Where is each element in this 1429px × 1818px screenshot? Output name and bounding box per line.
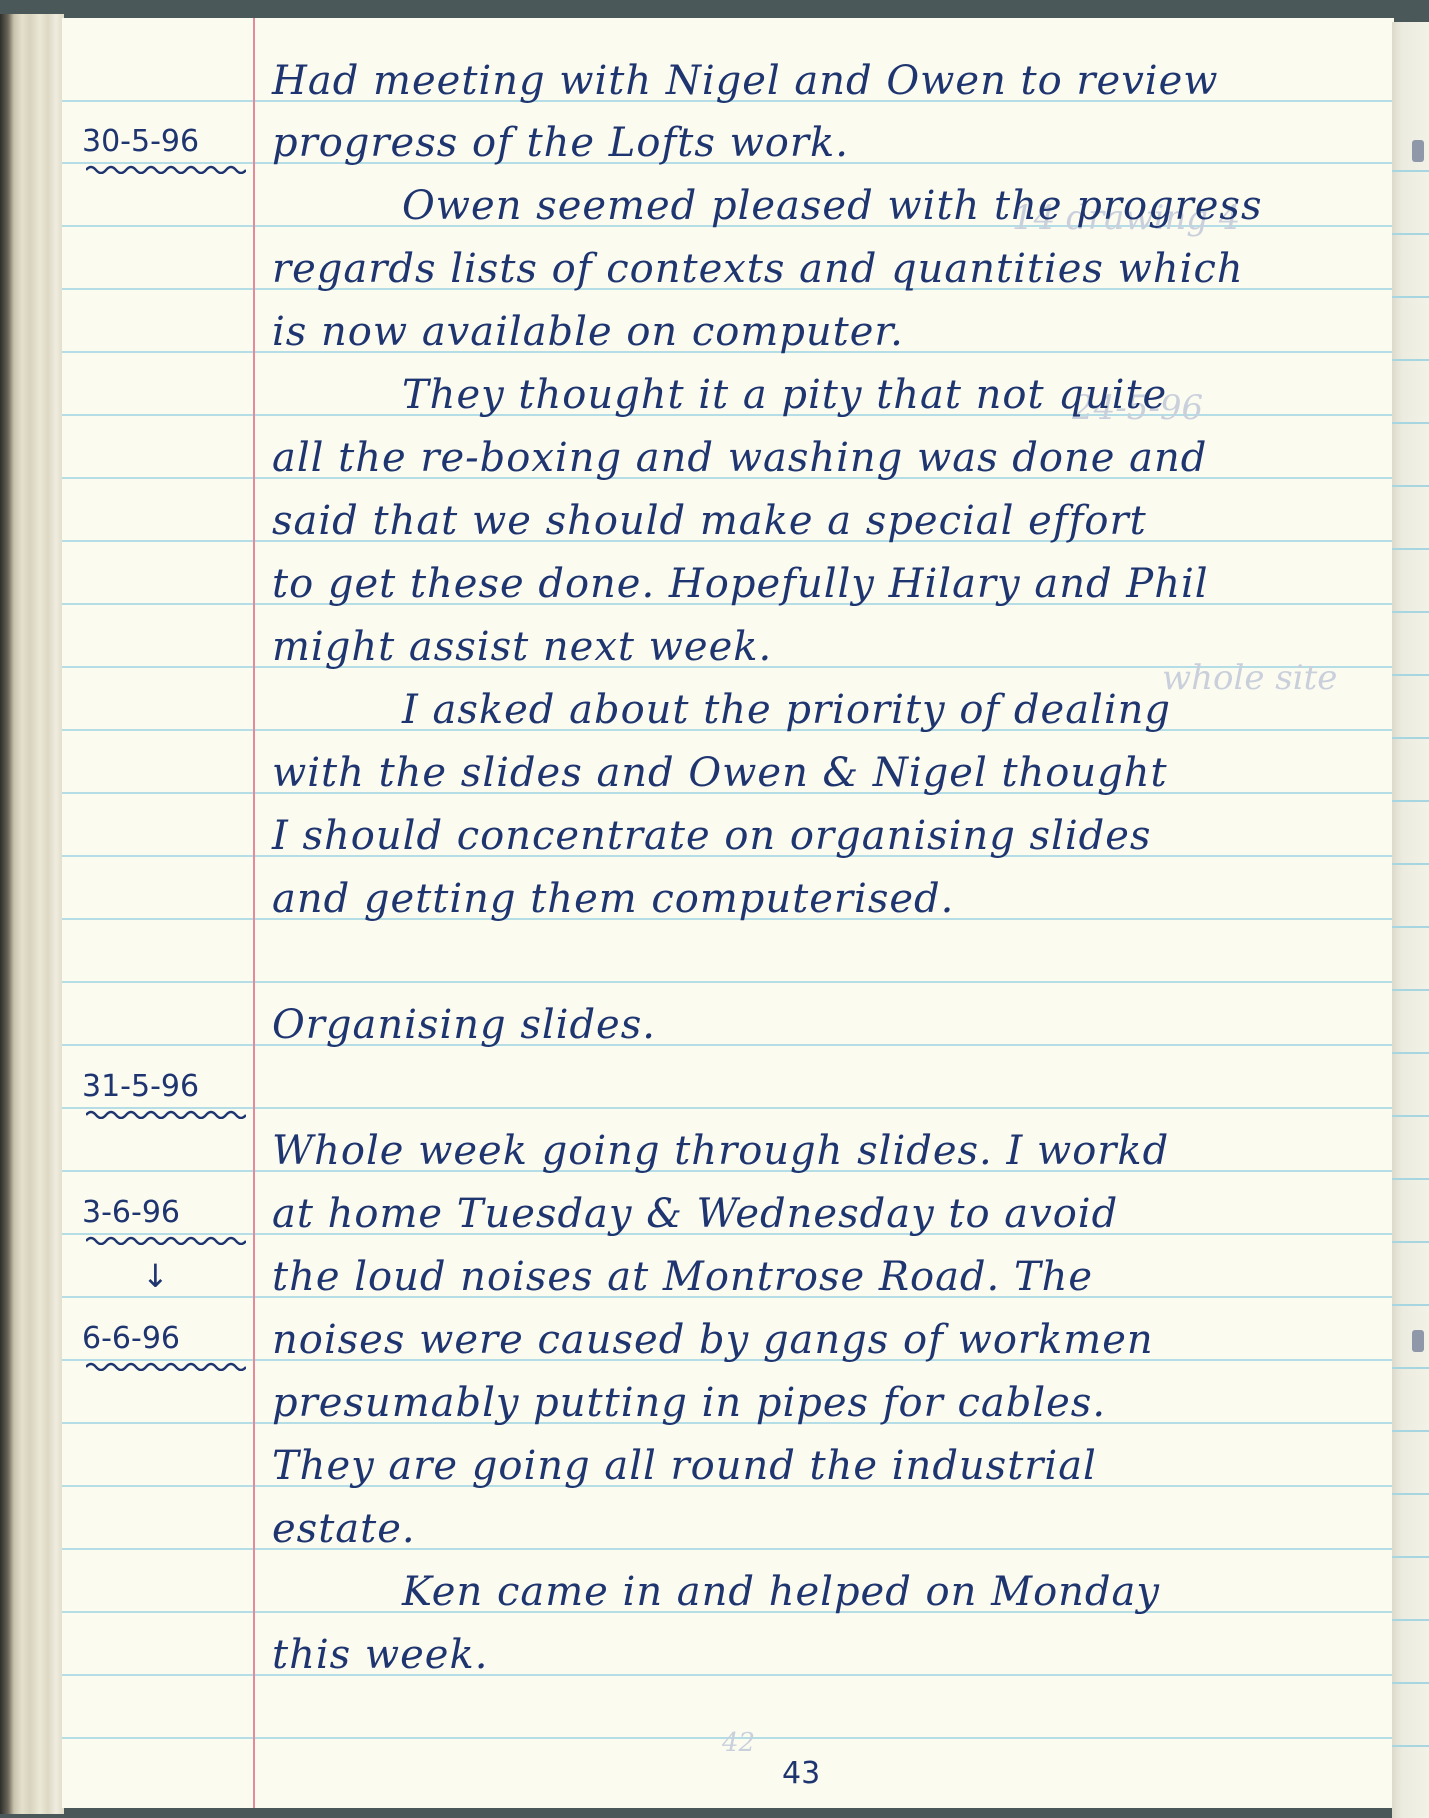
bleed-through-page-number: 42 [722, 1728, 755, 1758]
ruled-line [1392, 170, 1429, 172]
ruled-line [1392, 485, 1429, 487]
page-number: 43 [782, 1756, 820, 1791]
ruled-line [1392, 1115, 1429, 1117]
ruled-line [1392, 233, 1429, 235]
entry-line: with the slides and Owen & Nigel thought [272, 748, 1168, 798]
entry-line: Whole week going through slides. I workd [272, 1126, 1169, 1176]
entry-line: might assist next week. [272, 622, 772, 672]
ruled-line [62, 1044, 1394, 1046]
ruled-line [1392, 1052, 1429, 1054]
ruled-line [1392, 611, 1429, 613]
date-underline [86, 164, 246, 174]
ruled-line [62, 1107, 1394, 1109]
entry-line: the loud noises at Montrose Road. The [272, 1252, 1093, 1302]
ruled-line [1392, 548, 1429, 550]
down-arrow-icon: ↓ [142, 1256, 169, 1296]
ruled-line [1392, 1178, 1429, 1180]
entry-line: Owen seemed pleased with the progress [402, 181, 1262, 231]
entry-line: They thought it a pity that not quite [402, 370, 1167, 420]
ruled-line [1392, 1241, 1429, 1243]
ruled-line [1392, 1619, 1429, 1621]
date-underline [86, 1109, 246, 1119]
date-text: 6-6-96 [82, 1321, 180, 1356]
entry-date: 30-5-96 [82, 122, 252, 162]
entry-line: this week. [272, 1630, 488, 1680]
ruled-line [62, 1548, 1394, 1550]
entry-line: at home Tuesday & Wednesday to avoid [272, 1189, 1118, 1239]
entry-line: and getting them computerised. [272, 874, 954, 924]
entry-line: noises were caused by gangs of workmen [272, 1315, 1154, 1365]
ink-mark [1412, 1330, 1424, 1352]
ruled-line [1392, 422, 1429, 424]
date-text: 31-5-96 [82, 1069, 199, 1104]
ruled-line [1392, 359, 1429, 361]
ruled-line [1392, 737, 1429, 739]
entry-line: estate. [272, 1504, 416, 1554]
ruled-line [1392, 863, 1429, 865]
notebook-page: 14 drawing 4 24-5-96 whole site 42 30-5-… [62, 18, 1394, 1808]
bleed-through-text: whole site [1162, 658, 1337, 698]
ruled-line [1392, 1556, 1429, 1558]
notebook-page-stack-edge [0, 14, 64, 1814]
ruled-line [1392, 800, 1429, 802]
ruled-line [62, 1674, 1394, 1676]
ruled-line [1392, 1682, 1429, 1684]
next-page-edge [1392, 22, 1429, 1818]
ruled-line [1392, 1493, 1429, 1495]
ruled-line [1392, 989, 1429, 991]
entry-line: Ken came in and helped on Monday [402, 1567, 1160, 1617]
ruled-line [1392, 296, 1429, 298]
ruled-line [1392, 926, 1429, 928]
ruled-line [1392, 1430, 1429, 1432]
ruled-line [1392, 674, 1429, 676]
entry-line: They are going all round the industrial [272, 1441, 1097, 1491]
date-text: 3-6-96 [82, 1195, 180, 1230]
ruled-line [1392, 1745, 1429, 1747]
ruled-line [1392, 1367, 1429, 1369]
entry-line: regards lists of contexts and quantities… [272, 244, 1244, 294]
entry-line: Organising slides. [272, 1000, 656, 1050]
date-underline [86, 1361, 246, 1371]
entry-date: 31-5-96 [82, 1067, 252, 1107]
margin-line [253, 18, 255, 1808]
entry-line: I should concentrate on organising slide… [272, 811, 1151, 861]
entry-line: presumably putting in pipes for cables. [272, 1378, 1106, 1428]
ink-mark [1412, 140, 1424, 162]
entry-line: progress of the Lofts work. [272, 118, 849, 168]
entry-line: is now available on computer. [272, 307, 904, 357]
date-text: 30-5-96 [82, 124, 199, 159]
entry-line: to get these done. Hopefully Hilary and … [272, 559, 1209, 609]
entry-line: all the re-boxing and washing was done a… [272, 433, 1207, 483]
entry-line: said that we should make a special effor… [272, 496, 1147, 546]
entry-line: I asked about the priority of dealing [402, 685, 1171, 735]
ruled-line [1392, 1304, 1429, 1306]
entry-date-start: 3-6-96 [82, 1193, 252, 1233]
entry-line: Had meeting with Nigel and Owen to revie… [272, 56, 1219, 106]
ruled-line [62, 981, 1394, 983]
date-underline [86, 1235, 246, 1245]
entry-date-end: 6-6-96 [82, 1319, 252, 1359]
